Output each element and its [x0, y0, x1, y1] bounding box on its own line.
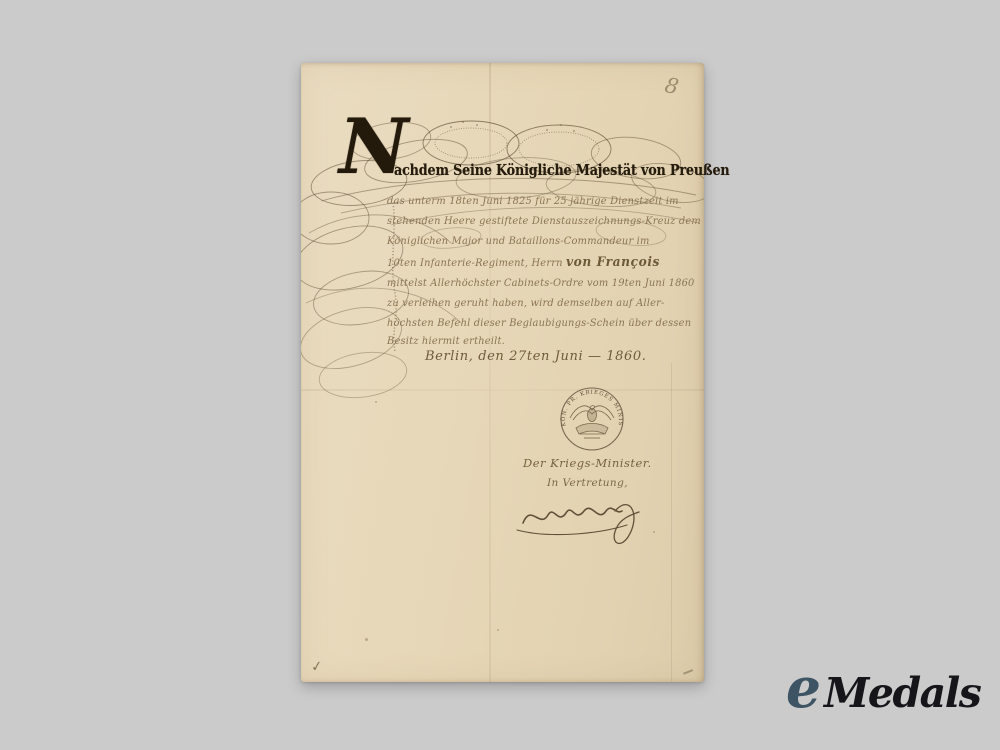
collector-check-mark: ✓ — [310, 658, 324, 675]
date-line: Berlin, den 27ten Juni — 1860. — [425, 349, 647, 364]
closing-office-line: Der Kriegs-Minister. — [523, 456, 652, 470]
body-line: höchsten Befehl dieser Beglaubigungs-Sch… — [387, 317, 691, 329]
photo-background: 8 N achdem Seine Königliche Majestät von… — [0, 0, 1000, 750]
foxing-spot — [653, 531, 655, 533]
recipient-name: von François — [566, 255, 660, 270]
foxing-spot — [365, 638, 368, 641]
emedals-logo-e: e — [786, 660, 821, 715]
emedals-logo-text: Medals — [824, 673, 980, 714]
war-ministry-seal: KÖN. PR. KRIEGES MINISTERIUM — [555, 382, 629, 456]
body-line-text: 10ten Infanterie-Regiment, Herrn — [387, 257, 566, 269]
document-heading: achdem Seine Königliche Majestät von Pre… — [394, 162, 730, 179]
emedals-logo: e Medals — [786, 660, 980, 715]
body-line: zu verleihen geruht haben, wird demselbe… — [387, 297, 665, 309]
body-line: Besitz hiermit ertheilt. — [387, 335, 505, 347]
body-line: Königlichen Major und Bataillons-Command… — [387, 235, 650, 247]
minister-signature-flourish — [515, 485, 653, 547]
body-line: mittelst Allerhöchster Cabinets-Ordre vo… — [387, 277, 695, 289]
body-line: das unterm 18ten Juni 1825 für 25 jährig… — [387, 195, 679, 207]
body-line: stehenden Heere gestiftete Dienstauszeic… — [387, 215, 701, 227]
corner-pencil-mark — [683, 669, 693, 674]
foxing-spot — [497, 629, 499, 631]
body-line: 10ten Infanterie-Regiment, Herrn von Fra… — [387, 255, 660, 270]
award-document: 8 N achdem Seine Königliche Majestät von… — [301, 63, 704, 682]
seal-eagle-icon — [570, 406, 614, 438]
